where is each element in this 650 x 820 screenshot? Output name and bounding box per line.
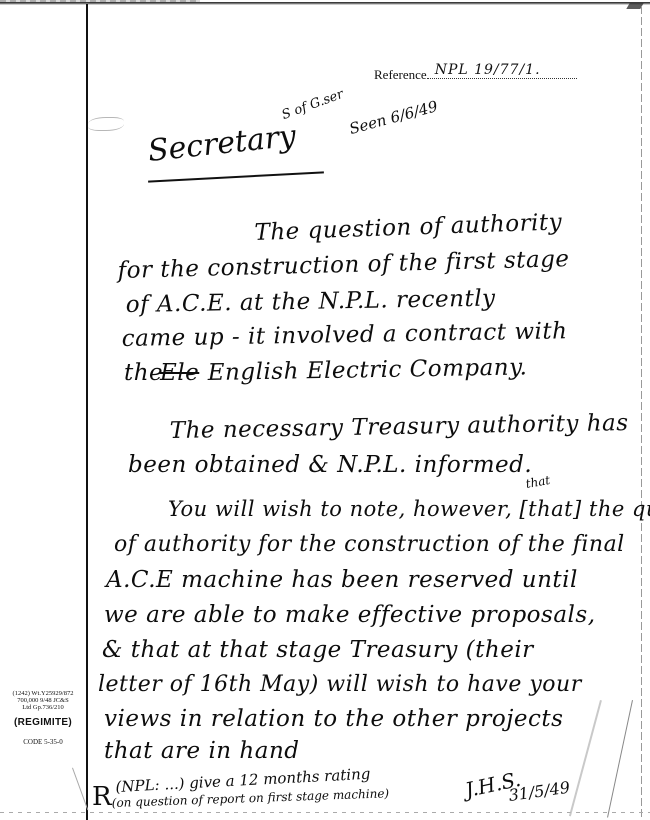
- body-line: of authority for the construction of the…: [114, 532, 625, 557]
- body-line: been obtained & N.P.L. informed.: [128, 452, 532, 478]
- body-line: that are in hand: [104, 738, 300, 764]
- imprint-line: 700,000 9/48 JC&S: [4, 697, 82, 704]
- body-line: we are able to make effective proposals,: [104, 602, 596, 628]
- bottom-page-edge: [0, 812, 650, 813]
- pencil-scribble-mark: [88, 117, 124, 131]
- body-line: came up - it involved a contract with: [122, 318, 568, 352]
- reference-value: NPL 19/77/1.: [435, 62, 541, 78]
- marginal-annotation: S of G.ser: [280, 87, 346, 123]
- struck-out-word: Ele: [160, 360, 199, 386]
- scan-top-edge: [0, 2, 650, 5]
- page-crease-line: [607, 700, 633, 818]
- reference-dotted-line: NPL 19/77/1.: [427, 66, 577, 79]
- body-line: views in relation to the other projects: [104, 706, 563, 732]
- right-page-edge: [641, 6, 642, 820]
- inserted-word: that: [525, 473, 552, 491]
- addressee: Secretary: [146, 119, 297, 169]
- body-line: English Electric Company.: [208, 354, 528, 386]
- imprint-line: (1242) Wt.Y25929/872: [4, 690, 82, 697]
- printer-imprint: (1242) Wt.Y25929/872 700,000 9/48 JC&S L…: [4, 690, 82, 746]
- imprint-code: CODE 5-35-0: [4, 738, 82, 746]
- body-line: The necessary Treasury authority has: [170, 410, 629, 444]
- reference-label: Reference: [374, 67, 427, 82]
- scanned-document-page: ReferenceNPL 19/77/1. Secretary S of G.s…: [0, 0, 650, 820]
- body-line: You will wish to note, however, [that] t…: [168, 497, 650, 521]
- imprint-brand: (REGIMITE): [4, 717, 82, 728]
- body-line: of A.C.E. at the N.P.L. recently: [126, 286, 496, 318]
- body-line: for the construction of the first stage: [117, 246, 569, 284]
- reference-field: ReferenceNPL 19/77/1.: [374, 66, 577, 83]
- body-line: The question of authority: [254, 209, 563, 246]
- body-line: A.C.E machine has been reserved until: [106, 567, 578, 593]
- seen-date-annotation: Seen 6/6/49: [347, 97, 439, 138]
- body-line: & that at that stage Treasury (their: [102, 637, 534, 663]
- page-crease-mark: [569, 700, 602, 816]
- body-line: the: [124, 360, 163, 386]
- imprint-line: Ltd Gp.736/210: [4, 704, 82, 711]
- body-line: letter of 16th May) will wish to have yo…: [98, 672, 582, 697]
- marginal-initial-r: R: [92, 782, 112, 812]
- addressee-underline: [148, 171, 324, 182]
